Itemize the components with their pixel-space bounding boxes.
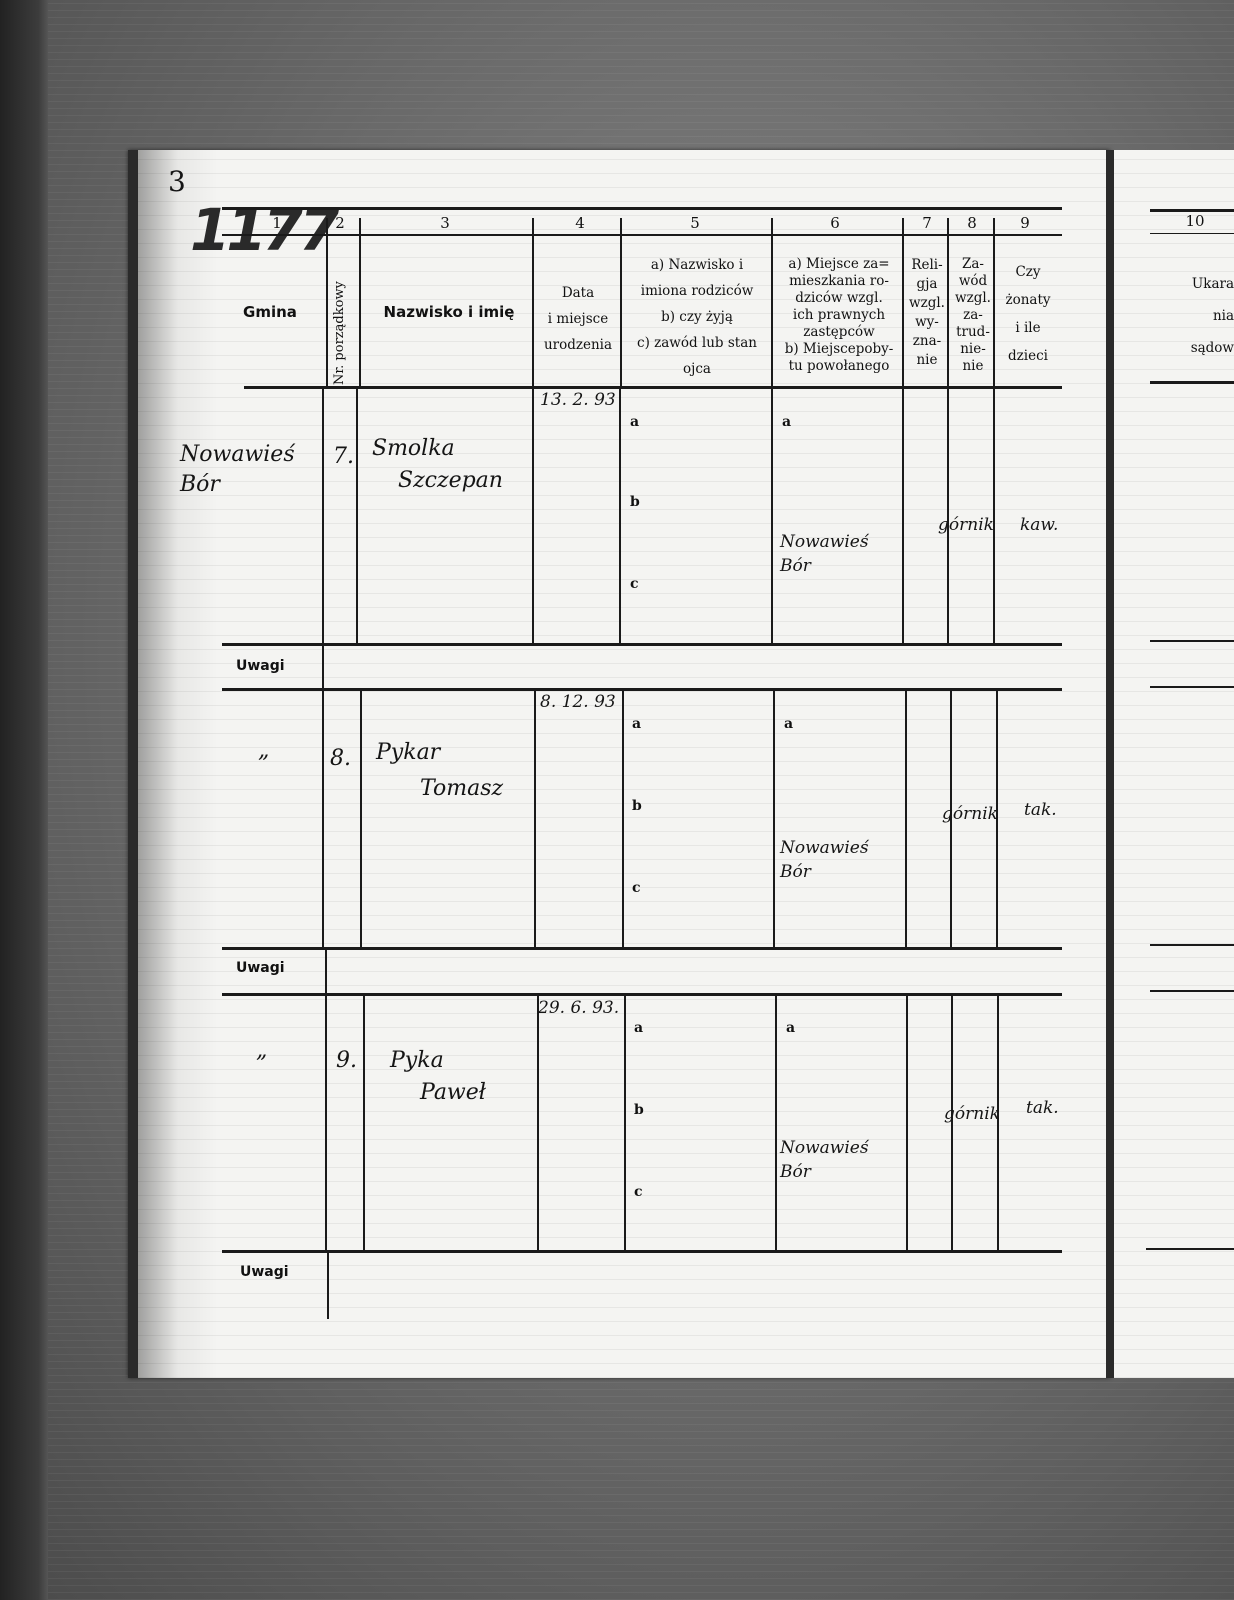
header-line: gja xyxy=(905,275,949,294)
remarks-bottom-rule xyxy=(222,993,1062,996)
entry-gmina: „ xyxy=(256,1038,267,1063)
grid-line xyxy=(325,996,327,1250)
header-rodzice: a) Nazwisko i imiona rodziców b) czy żyj… xyxy=(622,252,772,382)
entry-residence: Nowawieś Bór xyxy=(780,530,900,578)
grid-line xyxy=(537,996,539,1250)
grid-line xyxy=(327,1253,329,1319)
grid-line xyxy=(902,218,904,388)
header-line: za- xyxy=(951,307,995,324)
header-line: ojca xyxy=(622,356,772,382)
header-line: nia xyxy=(1150,300,1234,332)
grid-line xyxy=(360,691,362,949)
header-line: a) Miejsce za= xyxy=(774,256,904,273)
remarks-bottom-rule xyxy=(222,688,1062,691)
entry-gmina: „ xyxy=(258,738,269,763)
header-line: urodzenia xyxy=(536,332,620,358)
header-line: i miejsce xyxy=(536,306,620,332)
entry-birth-date: 8. 12. 93 xyxy=(540,692,616,712)
header-line: zastępców xyxy=(774,324,904,341)
grid-line xyxy=(326,218,328,388)
grid-line xyxy=(322,646,324,689)
sub-marker-a: a xyxy=(630,414,639,430)
grid-line xyxy=(359,218,361,388)
header-number-rule xyxy=(222,234,1062,236)
col10-rule xyxy=(1150,640,1234,642)
column-number-2: 2 xyxy=(330,214,350,232)
grid-line xyxy=(363,996,365,1250)
grid-line xyxy=(906,996,908,1250)
grid-line xyxy=(322,691,324,949)
grid-line xyxy=(947,218,949,388)
entry-residence: Nowawieś Bór xyxy=(780,1136,900,1184)
grid-line xyxy=(322,388,324,644)
column-number-6: 6 xyxy=(820,214,850,232)
header-line: wzgl. xyxy=(951,290,995,307)
header-line: wód xyxy=(951,273,995,290)
entry-occupation: górnik xyxy=(942,804,998,824)
grid-line xyxy=(532,388,534,644)
header-zawod: Za- wód wzgl. za- trud- nie- nie xyxy=(951,256,995,375)
remarks-label: Uwagi xyxy=(236,658,285,674)
column-number-9: 9 xyxy=(1010,214,1040,232)
grid-line xyxy=(534,691,536,949)
remarks-label: Uwagi xyxy=(236,960,285,976)
column-number-5: 5 xyxy=(680,214,710,232)
grid-line xyxy=(905,691,907,949)
header-line: trud- xyxy=(951,324,995,341)
grid-line xyxy=(775,996,777,1250)
entry-surname: Pyka xyxy=(390,1048,444,1073)
sub-marker-a: a xyxy=(634,1020,643,1036)
col10-rule xyxy=(1150,990,1234,992)
header-line: Czy xyxy=(996,258,1060,286)
entry-given-name: Paweł xyxy=(420,1080,486,1105)
grid-line xyxy=(622,691,624,949)
col10-rule xyxy=(1146,1248,1234,1250)
header-line: b) Miejscepoby- xyxy=(774,341,904,358)
entry-surname: Smolka xyxy=(372,436,455,461)
col10-number-rule xyxy=(1150,233,1234,234)
header-line: Reli- xyxy=(905,256,949,275)
header-line: zna- xyxy=(905,332,949,351)
entry-birth-date: 13. 2. 93 xyxy=(540,390,616,410)
remarks-field xyxy=(330,650,1060,684)
sub-marker-b: b xyxy=(634,1102,644,1118)
header-top-rule xyxy=(222,207,1062,210)
grid-line xyxy=(771,218,773,388)
scan-edge-shadow xyxy=(0,0,48,1600)
entry-married: kaw. xyxy=(1020,515,1058,535)
header-zonaty: Czy żonaty i ile dzieci xyxy=(996,258,1060,370)
header-line: i ile xyxy=(996,314,1060,342)
sub-marker-b: b xyxy=(630,494,640,510)
grid-line xyxy=(902,388,904,644)
sub-marker-a: a xyxy=(632,716,641,732)
col10-header-bottom-rule xyxy=(1150,381,1234,384)
column-number-10: 10 xyxy=(1180,212,1210,230)
entry-occupation: górnik xyxy=(944,1104,1000,1124)
header-line: wy- xyxy=(905,313,949,332)
grid-line xyxy=(620,218,622,388)
header-line: b) czy żyją xyxy=(622,304,772,330)
entry-residence: Nowawieś Bór xyxy=(780,836,900,884)
grid-line xyxy=(624,996,626,1250)
column-number-7: 7 xyxy=(912,214,942,232)
column-number-1: 1 xyxy=(262,214,292,232)
header-line: Za- xyxy=(951,256,995,273)
header-religia: Reli- gja wzgl. wy- zna- nie xyxy=(905,256,949,370)
entry-surname: Pykar xyxy=(376,740,440,765)
header-line: wzgl. xyxy=(905,294,949,313)
header-line: ich prawnych xyxy=(774,307,904,324)
header-miejsce-zamieszkania: a) Miejsce za= mieszkania ro- dziców wzg… xyxy=(774,256,904,375)
header-data-urodzenia: Data i miejsce urodzenia xyxy=(536,280,620,358)
header-line: nie- xyxy=(951,341,995,358)
sub-marker-a: a xyxy=(782,414,791,430)
sub-marker-c: c xyxy=(632,880,641,896)
col10-rule xyxy=(1150,686,1234,688)
header-nr-porzadkowy: Nr. porządkowy xyxy=(332,281,347,385)
grid-line xyxy=(356,388,358,644)
grid-line xyxy=(771,388,773,644)
entry-occupation: górnik xyxy=(938,515,994,535)
sub-marker-a: a xyxy=(784,716,793,732)
sub-marker-a: a xyxy=(786,1020,795,1036)
entry-number: 9. xyxy=(336,1048,357,1073)
remarks-field xyxy=(332,954,1060,990)
grid-line xyxy=(532,218,534,388)
column-number-4: 4 xyxy=(565,214,595,232)
header-line: mieszkania ro- xyxy=(774,273,904,290)
header-bottom-rule xyxy=(244,386,1062,389)
header-line: żonaty xyxy=(996,286,1060,314)
entry-given-name: Szczepan xyxy=(398,468,503,493)
header-line: a) Nazwisko i xyxy=(622,252,772,278)
col10-rule xyxy=(1150,944,1234,946)
grid-line xyxy=(773,691,775,949)
sub-marker-c: c xyxy=(630,576,639,592)
entry-given-name: Tomasz xyxy=(420,776,503,801)
grid-line xyxy=(325,950,327,994)
header-line: c) zawód lub stan xyxy=(622,330,772,356)
grid-line xyxy=(993,218,995,388)
sub-marker-c: c xyxy=(634,1184,643,1200)
entry-number: 7. xyxy=(333,444,354,469)
header-line: imiona rodziców xyxy=(622,278,772,304)
header-line: nie xyxy=(951,358,995,375)
sub-marker-b: b xyxy=(632,798,642,814)
header-ukarania: Ukara nia sądow xyxy=(1150,268,1234,364)
column-number-8: 8 xyxy=(957,214,987,232)
remarks-field xyxy=(334,1256,1060,1316)
entry-married: tak. xyxy=(1024,800,1057,820)
entry-bottom-rule xyxy=(222,1250,1062,1253)
entry-married: tak. xyxy=(1026,1098,1059,1118)
header-line: sądow xyxy=(1150,332,1234,364)
header-gmina: Gmina xyxy=(220,304,320,320)
header-line: Data xyxy=(536,280,620,306)
page-corner-number: 3 xyxy=(168,165,186,198)
grid-line xyxy=(619,388,621,644)
header-line: dzieci xyxy=(996,342,1060,370)
header-line: tu powołanego xyxy=(774,358,904,375)
header-nazwisko-imie: Nazwisko i imię xyxy=(366,304,532,320)
entry-number: 8. xyxy=(330,746,351,771)
entry-bottom-rule xyxy=(222,947,1062,950)
entry-birth-date: 29. 6. 93. xyxy=(538,998,619,1018)
entry-gmina: Nowawieś Bór xyxy=(180,440,320,500)
header-line: dziców wzgl. xyxy=(774,290,904,307)
header-line: Ukara xyxy=(1150,268,1234,300)
header-line: nie xyxy=(905,351,949,370)
remarks-label: Uwagi xyxy=(240,1264,289,1280)
entry-bottom-rule xyxy=(222,643,1062,646)
column-number-3: 3 xyxy=(430,214,460,232)
